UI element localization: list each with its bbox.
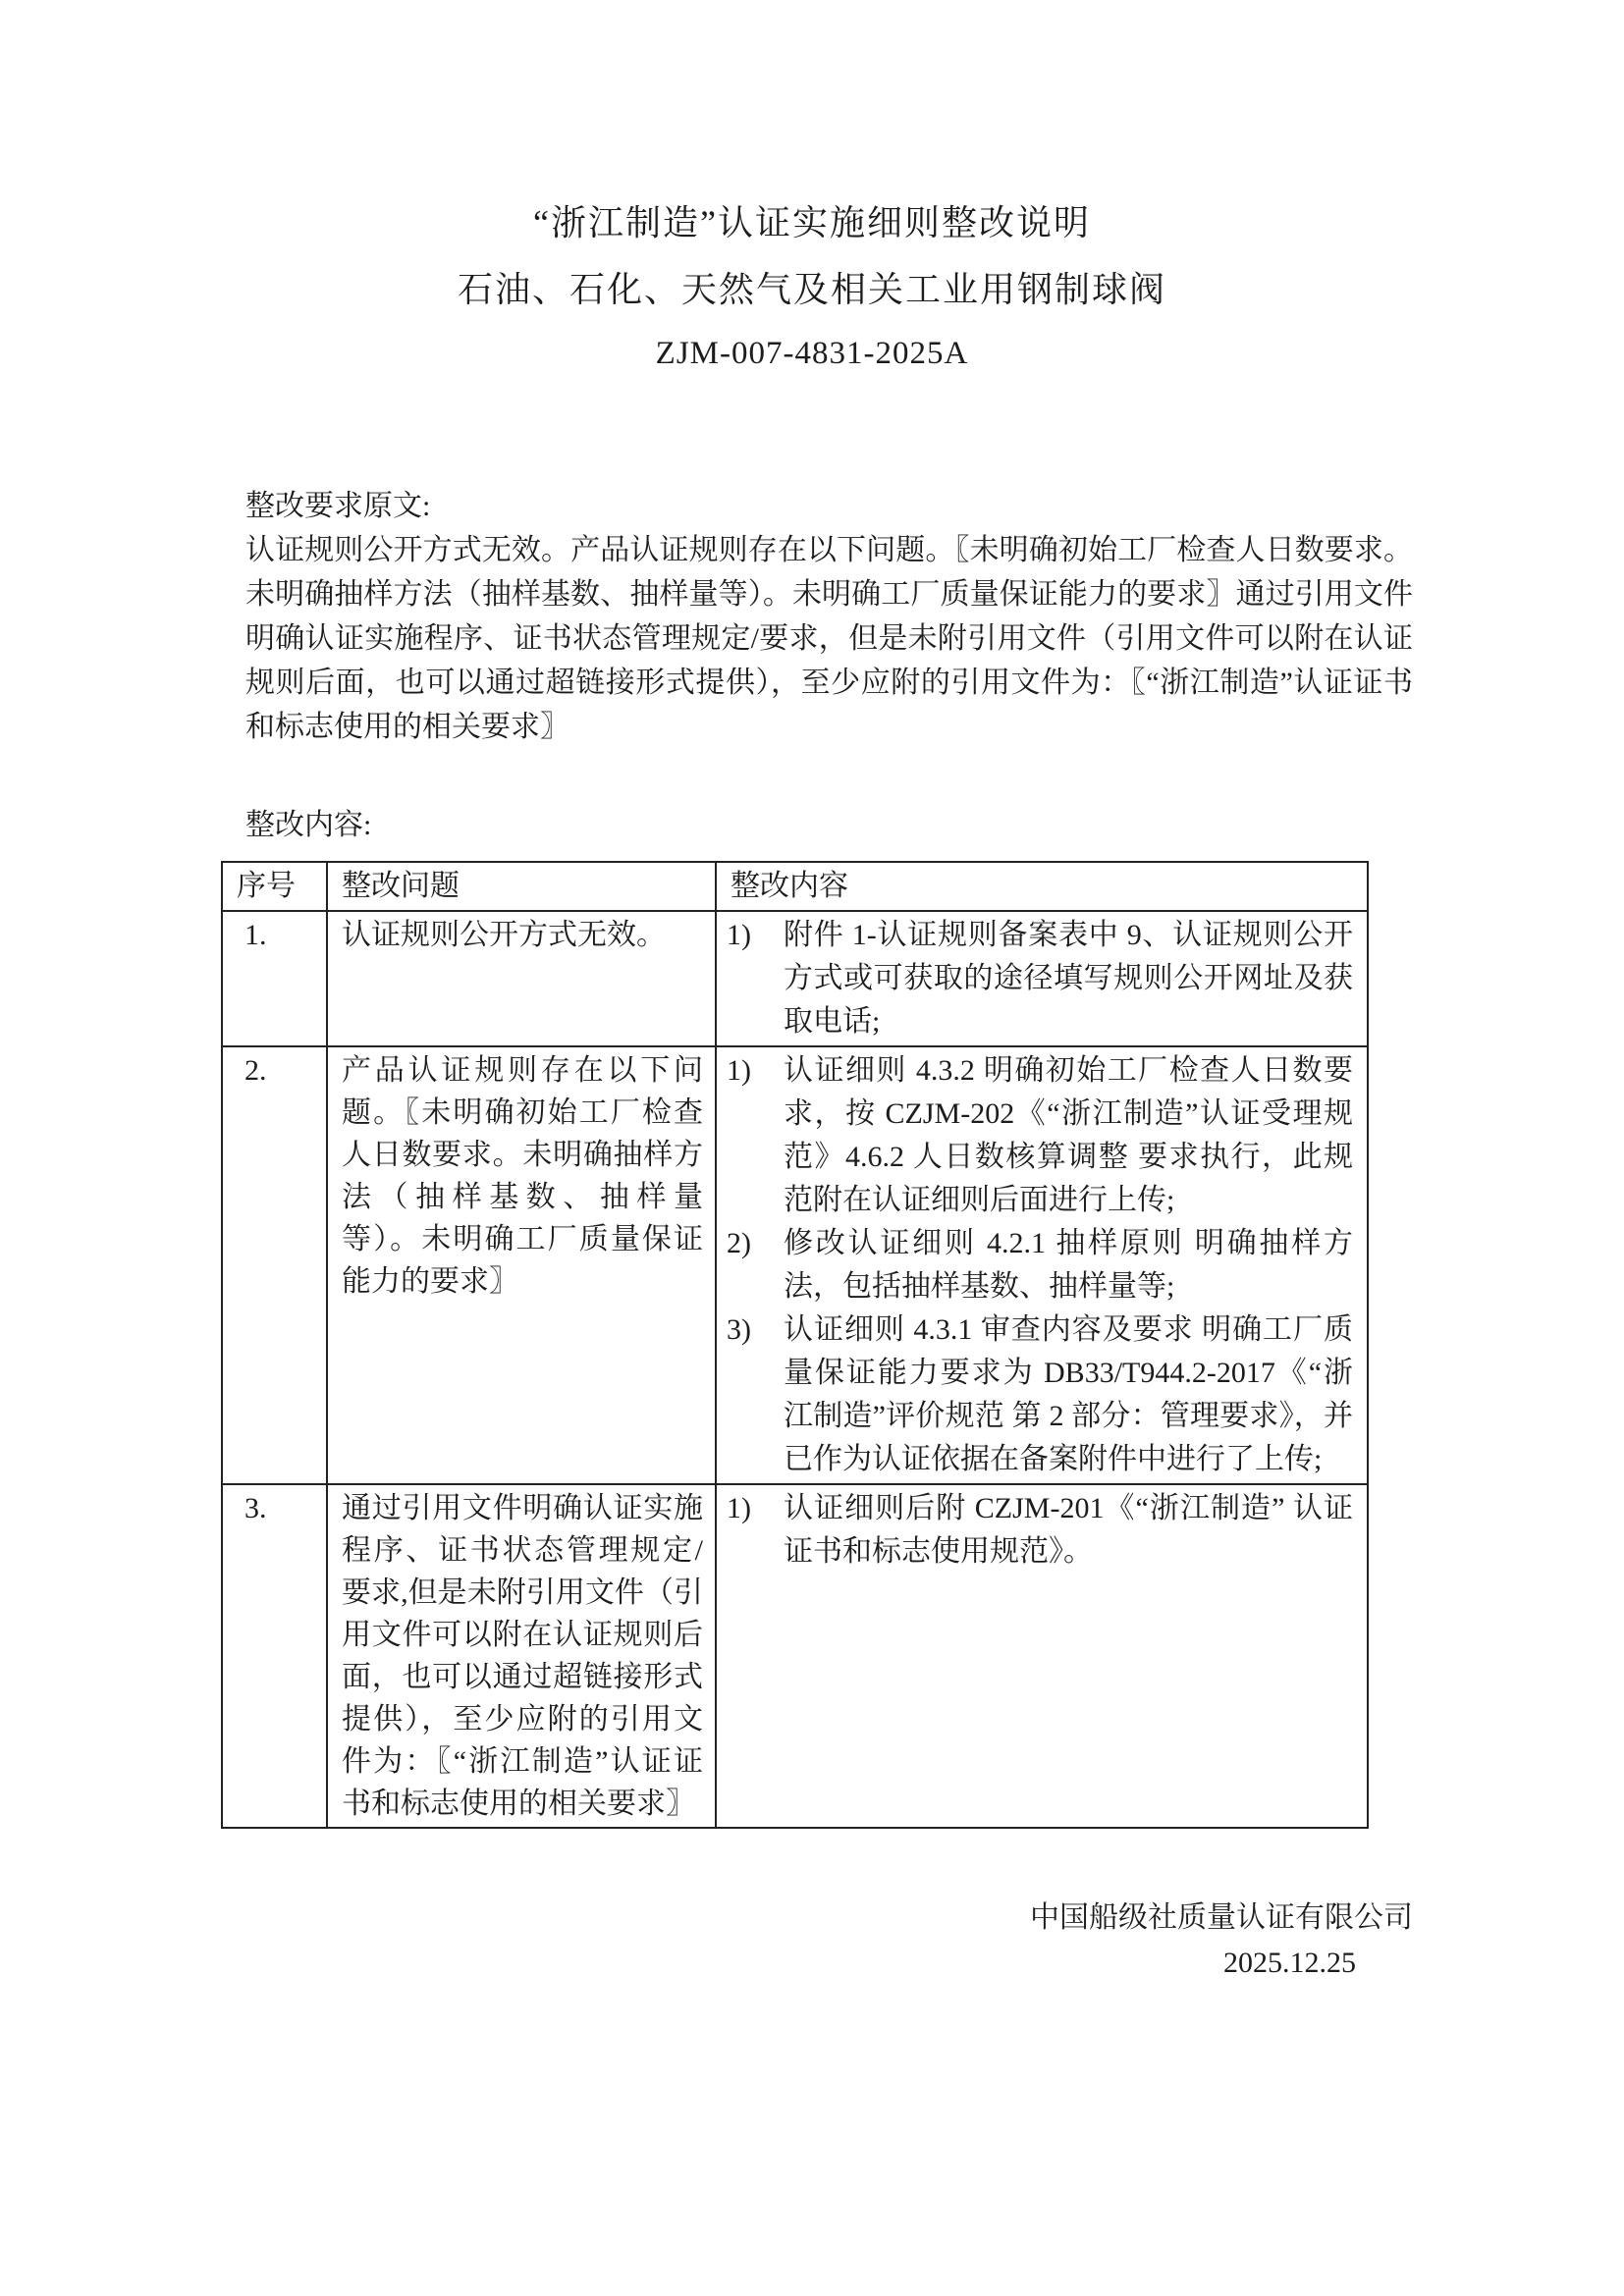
table-row: 3. 通过引用文件明确认证实施程序、证书状态管理规定/要求,但是未附引用文件（引…	[222, 1484, 1368, 1828]
footer-company: 中国船级社质量认证有限公司	[245, 1896, 1413, 1941]
item-text: 认证细则 4.3.1 审查内容及要求 明确工厂质量保证能力要求为 DB33/T9…	[784, 1313, 1353, 1475]
doc-title: “浙江制造”认证实施细则整改说明	[0, 201, 1624, 244]
row-content: 1) 附件 1-认证规则备案表中 9、认证规则公开方式或可获取的途径填写规则公开…	[716, 911, 1368, 1046]
content-item: 1) 认证细则后附 CZJM-201《“浙江制造” 认证证书和标志使用规范》。	[723, 1487, 1353, 1574]
row-content: 1) 认证细则后附 CZJM-201《“浙江制造” 认证证书和标志使用规范》。	[716, 1484, 1368, 1828]
rectification-label: 整改内容:	[245, 803, 1413, 847]
item-marker: 1)	[727, 914, 751, 957]
doc-subtitle: 石油、石化、天然气及相关工业用钢制球阀	[0, 268, 1624, 311]
row-number: 1.	[222, 911, 327, 1046]
table-row: 1. 认证规则公开方式无效。 1) 附件 1-认证规则备案表中 9、认证规则公开…	[222, 911, 1368, 1046]
header-cell-problem: 整改问题	[327, 862, 716, 911]
table-header-row: 序号 整改问题 整改内容	[222, 862, 1368, 911]
header-cell-content: 整改内容	[716, 862, 1368, 911]
item-text: 认证细则后附 CZJM-201《“浙江制造” 认证证书和标志使用规范》。	[784, 1492, 1353, 1568]
item-marker: 1)	[727, 1487, 751, 1530]
content-item: 2) 修改认证细则 4.2.1 抽样原则 明确抽样方法，包括抽样基数、抽样量等;	[723, 1222, 1353, 1308]
row-problem: 认证规则公开方式无效。	[327, 911, 716, 1046]
item-marker: 1)	[727, 1049, 751, 1093]
document-body: 整改要求原文: 认证规则公开方式无效。产品认证规则存在以下问题。〖未明确初始工厂…	[245, 484, 1413, 1986]
section-original-request: 整改要求原文: 认证规则公开方式无效。产品认证规则存在以下问题。〖未明确初始工厂…	[245, 484, 1413, 749]
content-item: 1) 认证细则 4.3.2 明确初始工厂检查人日数要求，按 CZJM-202《“…	[723, 1049, 1353, 1222]
document-page: “浙江制造”认证实施细则整改说明 石油、石化、天然气及相关工业用钢制球阀 ZJM…	[0, 0, 1624, 2296]
title-block: “浙江制造”认证实施细则整改说明 石油、石化、天然气及相关工业用钢制球阀 ZJM…	[0, 0, 1624, 374]
footer-date: 2025.12.25	[245, 1941, 1413, 1986]
header-cell-no: 序号	[222, 862, 327, 911]
item-marker: 2)	[727, 1222, 751, 1265]
rectification-table: 序号 整改问题 整改内容 1. 认证规则公开方式无效。 1) 附件 1-认证规则…	[221, 861, 1369, 1829]
content-item: 1) 附件 1-认证规则备案表中 9、认证规则公开方式或可获取的途径填写规则公开…	[723, 914, 1353, 1043]
table-row: 2. 产品认证规则存在以下问题。〖未明确初始工厂检查人日数要求。未明确抽样方法（…	[222, 1046, 1368, 1484]
row-number: 2.	[222, 1046, 327, 1484]
doc-code: ZJM-007-4831-2025A	[0, 333, 1624, 374]
original-request-text: 认证规则公开方式无效。产品认证规则存在以下问题。〖未明确初始工厂检查人日数要求。…	[245, 528, 1413, 749]
item-text: 附件 1-认证规则备案表中 9、认证规则公开方式或可获取的途径填写规则公开网址及…	[784, 919, 1353, 1038]
item-marker: 3)	[727, 1308, 751, 1352]
content-item: 3) 认证细则 4.3.1 审查内容及要求 明确工厂质量保证能力要求为 DB33…	[723, 1308, 1353, 1481]
row-number: 3.	[222, 1484, 327, 1828]
signature-block: 中国船级社质量认证有限公司 2025.12.25	[245, 1896, 1413, 1986]
item-text: 认证细则 4.3.2 明确初始工厂检查人日数要求，按 CZJM-202《“浙江制…	[784, 1054, 1353, 1216]
row-problem: 通过引用文件明确认证实施程序、证书状态管理规定/要求,但是未附引用文件（引用文件…	[327, 1484, 716, 1828]
row-problem: 产品认证规则存在以下问题。〖未明确初始工厂检查人日数要求。未明确抽样方法（抽样基…	[327, 1046, 716, 1484]
original-request-label: 整改要求原文:	[245, 484, 1413, 528]
row-content: 1) 认证细则 4.3.2 明确初始工厂检查人日数要求，按 CZJM-202《“…	[716, 1046, 1368, 1484]
item-text: 修改认证细则 4.2.1 抽样原则 明确抽样方法，包括抽样基数、抽样量等;	[784, 1227, 1353, 1303]
